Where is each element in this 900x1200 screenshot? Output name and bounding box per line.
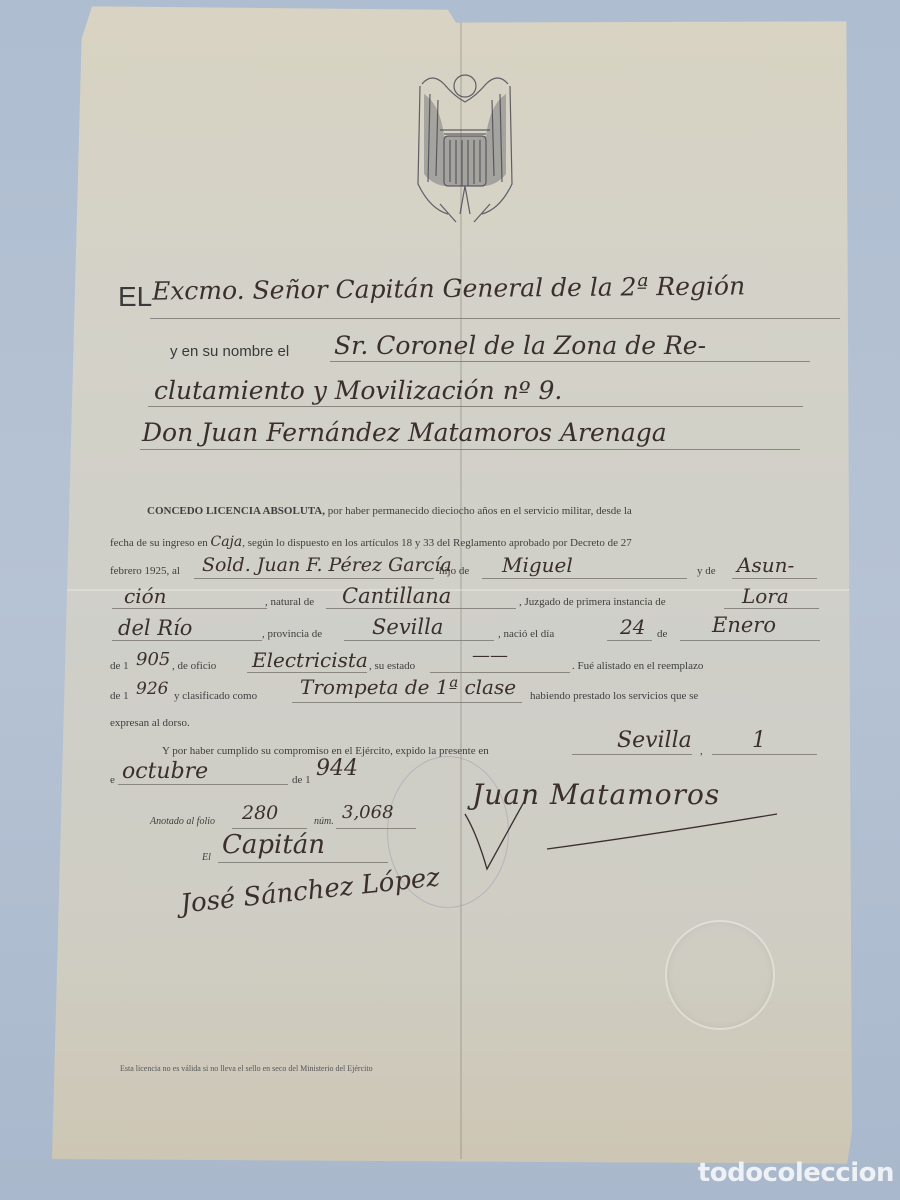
- province: Sevilla: [372, 615, 443, 639]
- birthplace: Cantillana: [342, 584, 451, 608]
- court-part1: Lora: [742, 584, 789, 608]
- soldier-name-underline: [194, 578, 434, 579]
- watermark: todocoleccion: [698, 1158, 894, 1188]
- dry-seal-emboss: [665, 920, 775, 1030]
- estado-value: ——: [472, 645, 508, 666]
- hijo-de-label: hijo de: [439, 565, 469, 577]
- court-part2: del Río: [118, 616, 192, 640]
- classification-underline: [292, 702, 522, 703]
- habiendo-label: habiendo prestado los servicios que se: [530, 690, 698, 702]
- issue-month: octubre: [122, 759, 208, 784]
- natural-de-label: , natural de: [265, 596, 314, 608]
- birth-month: Enero: [712, 613, 776, 637]
- de-1-label: de 1: [110, 660, 129, 672]
- mother-underline-1: [732, 578, 817, 579]
- delegate-underline-1: [330, 361, 810, 362]
- spanish-eagle-crest-icon: [410, 64, 520, 226]
- estado-label: , su estado: [369, 660, 415, 672]
- registry-number-underline: [336, 828, 416, 829]
- classification: Trompeta de 1ª clase: [300, 675, 516, 699]
- occupation: Electricista: [252, 648, 368, 672]
- delegate-underline-3: [140, 449, 800, 450]
- horizontal-fold: [62, 589, 852, 591]
- issue-year: 944: [316, 756, 358, 781]
- de-prefix: e: [110, 774, 115, 786]
- officer-underline: [218, 862, 388, 863]
- occupation-underline: [247, 672, 367, 673]
- mother-name-part2: ción: [124, 584, 167, 608]
- document-paper: EL Excmo. Señor Capitán General de la 2ª…: [52, 4, 852, 1166]
- juzgado-label: , Juzgado de primera instancia de: [519, 596, 666, 608]
- authority-underline: [150, 318, 840, 319]
- el-label-registry: El: [202, 852, 211, 863]
- issue-day-underline: [712, 754, 817, 755]
- delegate-line-3: Don Juan Fernández Matamoros Arenaga: [142, 418, 667, 447]
- signature-flourish-icon: [457, 794, 787, 874]
- alistado-label: . Fué alistado en el reemplazo: [572, 660, 703, 672]
- reemplazo-year: 926: [136, 679, 168, 699]
- province-underline: [344, 640, 494, 641]
- nacio-label: , nació el día: [498, 628, 554, 640]
- father-underline: [482, 578, 687, 579]
- issue-place: Sevilla: [617, 728, 692, 753]
- reemplazo-prefix: de 1: [110, 690, 129, 702]
- officer-name-signature: José Sánchez López: [179, 862, 441, 919]
- footer-note: Esta licencia no es válida si no lleva e…: [120, 1064, 373, 1073]
- mother-underline-2: [112, 608, 267, 609]
- officer-rank: Capitán: [222, 830, 325, 860]
- court-underline-2: [112, 640, 262, 641]
- body-line-2: fecha de su ingreso en Caja, según lo di…: [110, 534, 632, 550]
- provincia-label: , provincia de: [262, 628, 322, 640]
- court-underline-1: [724, 608, 819, 609]
- body-line-1: CONCEDO LICENCIA ABSOLUTA, por haber per…: [147, 505, 632, 517]
- birth-year: 905: [136, 649, 170, 670]
- father-name: Miguel: [502, 553, 573, 577]
- num-label: núm.: [314, 816, 334, 827]
- issue-place-underline: [572, 754, 692, 755]
- stain: [892, 1142, 900, 1156]
- issue-de-1-label: de 1: [292, 774, 311, 786]
- delegate-line-1: Sr. Coronel de la Zona de Re-: [334, 331, 706, 360]
- soldier-name: Sold. Juan F. Pérez García: [202, 554, 452, 576]
- authority-handwritten: Excmo. Señor Capitán General de la 2ª Re…: [152, 271, 745, 305]
- el-label: EL: [118, 281, 152, 313]
- issue-month-underline: [118, 784, 288, 785]
- issue-day: 1: [752, 728, 766, 753]
- oficio-label: , de oficio: [172, 660, 216, 672]
- y-de-label: y de: [697, 565, 716, 577]
- folio-underline: [232, 828, 307, 829]
- folio-number: 280: [242, 802, 278, 824]
- de-label: de: [657, 628, 667, 640]
- birthplace-underline: [326, 608, 516, 609]
- anotado-label: Anotado al folio: [150, 816, 215, 827]
- closing-comma: ,: [700, 745, 703, 757]
- en-su-nombre-label: y en su nombre el: [170, 343, 289, 360]
- registry-number: 3,068: [342, 802, 394, 823]
- estado-underline: [430, 672, 570, 673]
- birth-day: 24: [620, 615, 645, 639]
- delegate-line-2: clutamiento y Movilización nº 9.: [154, 376, 562, 405]
- mother-name-part1: Asun-: [737, 553, 794, 577]
- birth-month-underline: [680, 640, 820, 641]
- dorso-label: expresan al dorso.: [110, 717, 190, 729]
- delegate-underline-2: [148, 406, 803, 407]
- body-line-3a: febrero 1925, al: [110, 565, 180, 577]
- birth-day-underline: [607, 640, 652, 641]
- concedo-heading: CONCEDO LICENCIA ABSOLUTA,: [147, 505, 325, 517]
- clasificado-label: y clasificado como: [174, 690, 257, 702]
